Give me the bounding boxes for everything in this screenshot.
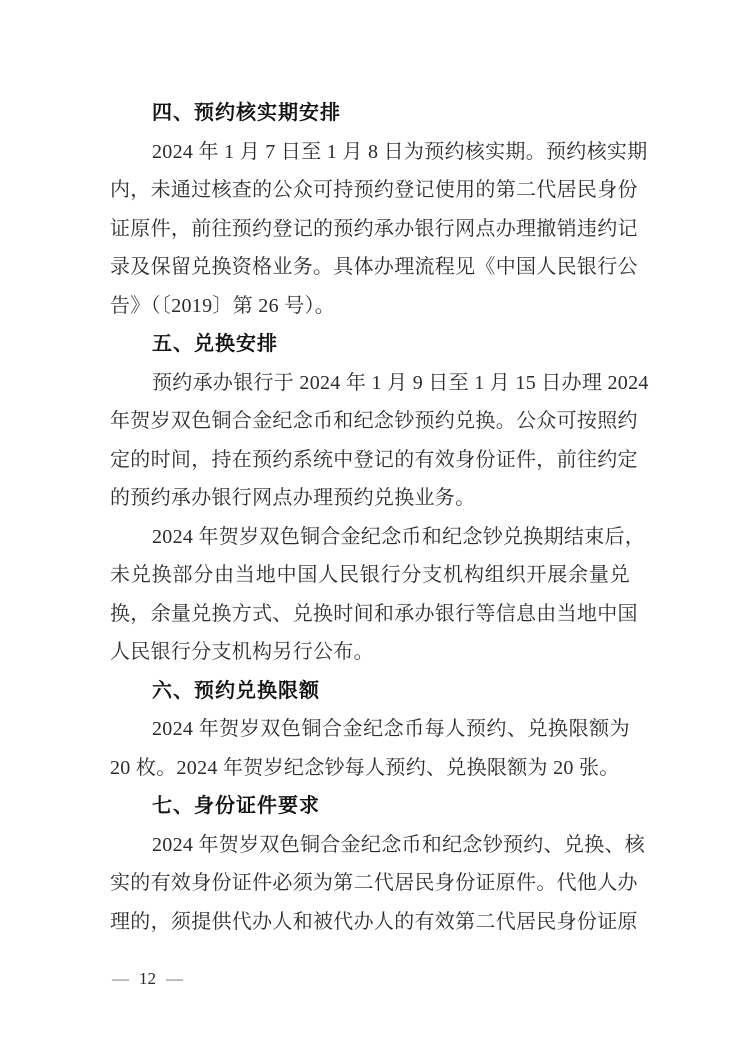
paragraph: 2024 年 1 月 7 日至 1 月 8 日为预约核实期。预约核实期内，未通过…: [110, 133, 630, 326]
section-heading: 五、兑换安排: [110, 325, 630, 364]
section: 六、预约兑换限额2024 年贺岁双色铜合金纪念币每人预约、兑换限额为20 枚。2…: [110, 672, 630, 788]
text-line: 2024 年贺岁双色铜合金纪念币和纪念钞预约、兑换、核: [110, 826, 630, 865]
text-line: 证原件，前往预约登记的预约承办银行网点办理撤销违约记: [110, 210, 630, 249]
text-line: 20 枚。2024 年贺岁纪念钞每人预约、兑换限额为 20 张。: [110, 749, 630, 788]
paragraph: 2024 年贺岁双色铜合金纪念币和纪念钞预约、兑换、核实的有效身份证件必须为第二…: [110, 826, 630, 942]
page-number-dash-right: —: [166, 969, 183, 988]
document-page: 四、预约核实期安排2024 年 1 月 7 日至 1 月 8 日为预约核实期。预…: [0, 0, 740, 1047]
text-line: 未兑换部分由当地中国人民银行分支机构组织开展余量兑: [110, 556, 630, 595]
text-line: 换，余量兑换方式、兑换时间和承办银行等信息由当地中国: [110, 595, 630, 634]
text-line: 定的时间，持在预约系统中登记的有效身份证件，前往约定: [110, 441, 630, 480]
section-heading: 七、身份证件要求: [110, 787, 630, 826]
page-number-value: 12: [139, 969, 156, 988]
section-heading: 四、预约核实期安排: [110, 94, 630, 133]
paragraph: 预约承办银行于 2024 年 1 月 9 日至 1 月 15 日办理 2024年…: [110, 364, 630, 518]
text-line: 理的，须提供代办人和被代办人的有效第二代居民身份证原: [110, 903, 630, 942]
text-line: 预约承办银行于 2024 年 1 月 9 日至 1 月 15 日办理 2024: [110, 364, 630, 403]
text-line: 的预约承办银行网点办理预约兑换业务。: [110, 479, 630, 518]
document-body: 四、预约核实期安排2024 年 1 月 7 日至 1 月 8 日为预约核实期。预…: [110, 94, 630, 941]
text-line: 实的有效身份证件必须为第二代居民身份证原件。代他人办: [110, 864, 630, 903]
section: 七、身份证件要求2024 年贺岁双色铜合金纪念币和纪念钞预约、兑换、核实的有效身…: [110, 787, 630, 941]
text-line: 内，未通过核查的公众可持预约登记使用的第二代居民身份: [110, 171, 630, 210]
text-line: 2024 年贺岁双色铜合金纪念币每人预约、兑换限额为: [110, 710, 630, 749]
text-line: 告》（〔2019〕第 26 号）。: [110, 287, 630, 326]
text-line: 2024 年 1 月 7 日至 1 月 8 日为预约核实期。预约核实期: [110, 133, 630, 172]
text-line: 人民银行分支机构另行公布。: [110, 633, 630, 672]
text-line: 年贺岁双色铜合金纪念币和纪念钞预约兑换。公众可按照约: [110, 402, 630, 441]
paragraph: 2024 年贺岁双色铜合金纪念币和纪念钞兑换期结束后，未兑换部分由当地中国人民银…: [110, 518, 630, 672]
text-line: 录及保留兑换资格业务。具体办理流程见《中国人民银行公: [110, 248, 630, 287]
section-heading: 六、预约兑换限额: [110, 672, 630, 711]
paragraph: 2024 年贺岁双色铜合金纪念币每人预约、兑换限额为20 枚。2024 年贺岁纪…: [110, 710, 630, 787]
page-number: —12—: [112, 967, 183, 991]
page-number-dash-left: —: [112, 969, 129, 988]
section: 五、兑换安排预约承办银行于 2024 年 1 月 9 日至 1 月 15 日办理…: [110, 325, 630, 672]
section: 四、预约核实期安排2024 年 1 月 7 日至 1 月 8 日为预约核实期。预…: [110, 94, 630, 325]
text-line: 2024 年贺岁双色铜合金纪念币和纪念钞兑换期结束后，: [110, 518, 630, 557]
